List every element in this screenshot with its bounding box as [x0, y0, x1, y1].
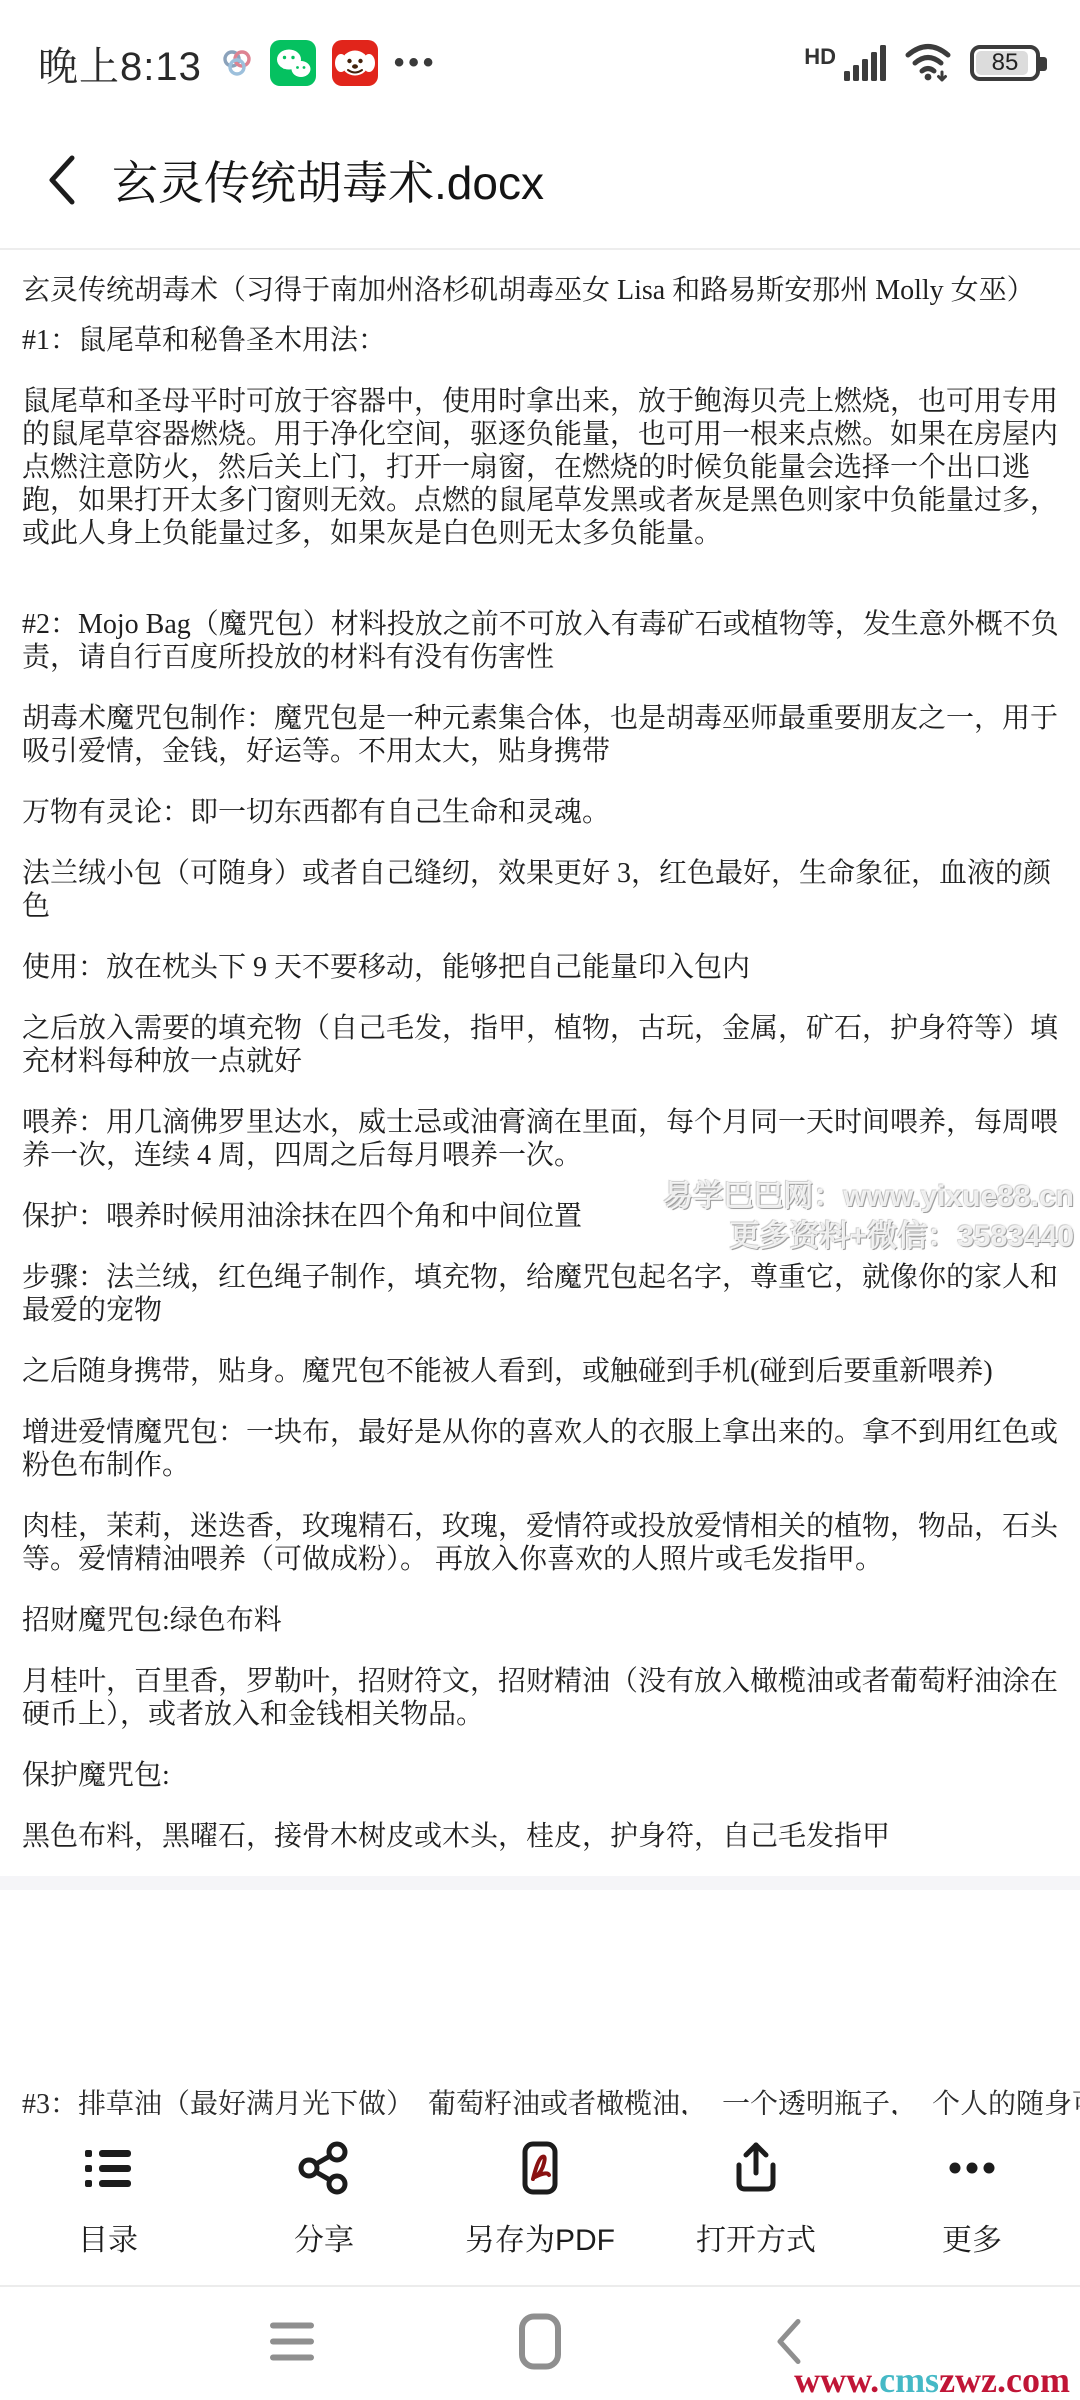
toc-button[interactable]: 目录: [0, 2115, 216, 2285]
status-time: 晚上8:13: [38, 35, 202, 92]
toc-icon: [81, 2141, 135, 2195]
paragraph: 之后随身携带，贴身。魔咒包不能被人看到，或触碰到手机(碰到后要重新喂养): [22, 1355, 1062, 1388]
status-bar: 晚上8:13: [0, 0, 1080, 112]
paragraph: 使用：放在枕头下 9 天不要移动，能够把自己能量印入包内: [22, 951, 1062, 984]
open-with-label: 打开方式: [696, 2215, 816, 2259]
paragraph: 黑色布料，黑曜石，接骨木树皮或木头，桂皮，护身符，自己毛发指甲: [22, 1820, 1062, 1853]
paragraph: 肉桂，茉莉，迷迭香，玫瑰精石，玫瑰，爱情符或投放爱情相关的植物，物品，石头等。爱…: [22, 1510, 1062, 1576]
paragraph: 万物有灵论：即一切东西都有自己生命和灵魂。: [22, 796, 1062, 829]
paragraph: 法兰绒小包（可随身）或者自己缝纫，效果更好 3，红色最好，生命象征，血液的颜色: [22, 857, 1062, 923]
share-icon: [297, 2141, 351, 2195]
battery-indicator: 85: [970, 45, 1040, 81]
hd-indicator: HD: [804, 44, 836, 70]
site-watermark-mid: cms: [879, 2360, 939, 2400]
site-watermark-suffix: zwz.com: [939, 2360, 1070, 2400]
wechat-icon: [270, 40, 316, 86]
home-icon: [517, 2311, 563, 2371]
more-icon: [945, 2141, 999, 2195]
document-page: 玄灵传统胡毒术（习得于南加州洛杉矶胡毒巫女 Lisa 和路易斯安那州 Molly…: [0, 252, 1080, 1853]
paragraph: 玄灵传统胡毒术（习得于南加州洛杉矶胡毒巫女 Lisa 和路易斯安那州 Molly…: [22, 274, 1062, 307]
recents-icon: [268, 2318, 316, 2364]
phone-screen: 晚上8:13: [0, 0, 1080, 2400]
save-as-pdf-label: 另存为PDF: [465, 2215, 615, 2259]
paragraph: #2：Mojo Bag（魔咒包）材料投放之前不可放入有毒矿石或植物等，发生意外概…: [22, 608, 1062, 674]
back-button[interactable]: [40, 150, 84, 210]
wifi-icon: [904, 42, 956, 84]
toc-label: 目录: [78, 2215, 138, 2259]
paragraph: 月桂叶，百里香，罗勒叶，招财符文，招财精油（没有放入橄榄油或者葡萄籽油涂在硬币上…: [22, 1665, 1062, 1731]
open-with-button[interactable]: 打开方式: [648, 2115, 864, 2285]
recents-button[interactable]: [268, 2318, 316, 2369]
document-toolbar: 目录 分享 另存为PDF 打开方式: [0, 2115, 1080, 2285]
paragraph: 之后放入需要的填充物（自己毛发，指甲，植物，古玩，金属，矿石，护身符等）填充材料…: [22, 1012, 1062, 1078]
document-viewer[interactable]: 玄灵传统胡毒术（习得于南加州洛杉矶胡毒巫女 Lisa 和路易斯安那州 Molly…: [0, 252, 1080, 2115]
paragraph: 鼠尾草和圣母平时可放于容器中，使用时拿出来，放于鲍海贝壳上燃烧，也可用专用的鼠尾…: [22, 385, 1062, 550]
home-button[interactable]: [517, 2311, 563, 2376]
paragraph: 步骤：法兰绒，红色绳子制作，填充物，给魔咒包起名字，尊重它，就像你的家人和最爱的…: [22, 1261, 1062, 1327]
paragraph: 保护：喂养时候用油涂抹在四个角和中间位置: [22, 1200, 1062, 1233]
page-separator: [0, 1876, 1080, 1890]
signal-icon: [844, 43, 890, 83]
jd-icon: [332, 40, 378, 86]
save-as-pdf-button[interactable]: 另存为PDF: [432, 2115, 648, 2285]
clipped-text-line: #3：排草油（最好满月光下做） 葡萄籽油或者橄榄油， 一个透明瓶子， 个人的随身…: [22, 2088, 1080, 2115]
page-title: 玄灵传统胡毒术.docx: [112, 147, 544, 213]
share-label: 分享: [294, 2215, 354, 2259]
more-button[interactable]: 更多: [864, 2115, 1080, 2285]
paragraph: #1：鼠尾草和秘鲁圣木用法：: [22, 324, 1062, 357]
paragraph: 增进爱情魔咒包：一块布，最好是从你的喜欢人的衣服上拿出来的。拿不到用红色或粉色布…: [22, 1416, 1062, 1482]
paragraph: 喂养：用几滴佛罗里达水，威士忌或油膏滴在里面，每个月同一天时间喂养，每周喂养一次…: [22, 1106, 1062, 1172]
paragraph: 保护魔咒包:: [22, 1759, 1062, 1792]
pdf-icon: [513, 2141, 567, 2195]
battery-percent: 85: [992, 49, 1019, 77]
more-label: 更多: [942, 2215, 1002, 2259]
open-with-icon: [729, 2141, 783, 2195]
paragraph: 胡毒术魔咒包制作：魔咒包是一种元素集合体，也是胡毒巫师最重要朋友之一，用于吸引爱…: [22, 702, 1062, 768]
paragraph: 招财魔咒包:绿色布料: [22, 1604, 1062, 1637]
title-bar: 玄灵传统胡毒术.docx: [0, 112, 1080, 250]
sync-icon: [220, 46, 254, 80]
share-button[interactable]: 分享: [216, 2115, 432, 2285]
site-watermark-prefix: www.: [794, 2360, 879, 2400]
system-nav-bar: www.cmszwz.com: [0, 2285, 1080, 2400]
site-watermark: www.cmszwz.com: [794, 2362, 1070, 2398]
